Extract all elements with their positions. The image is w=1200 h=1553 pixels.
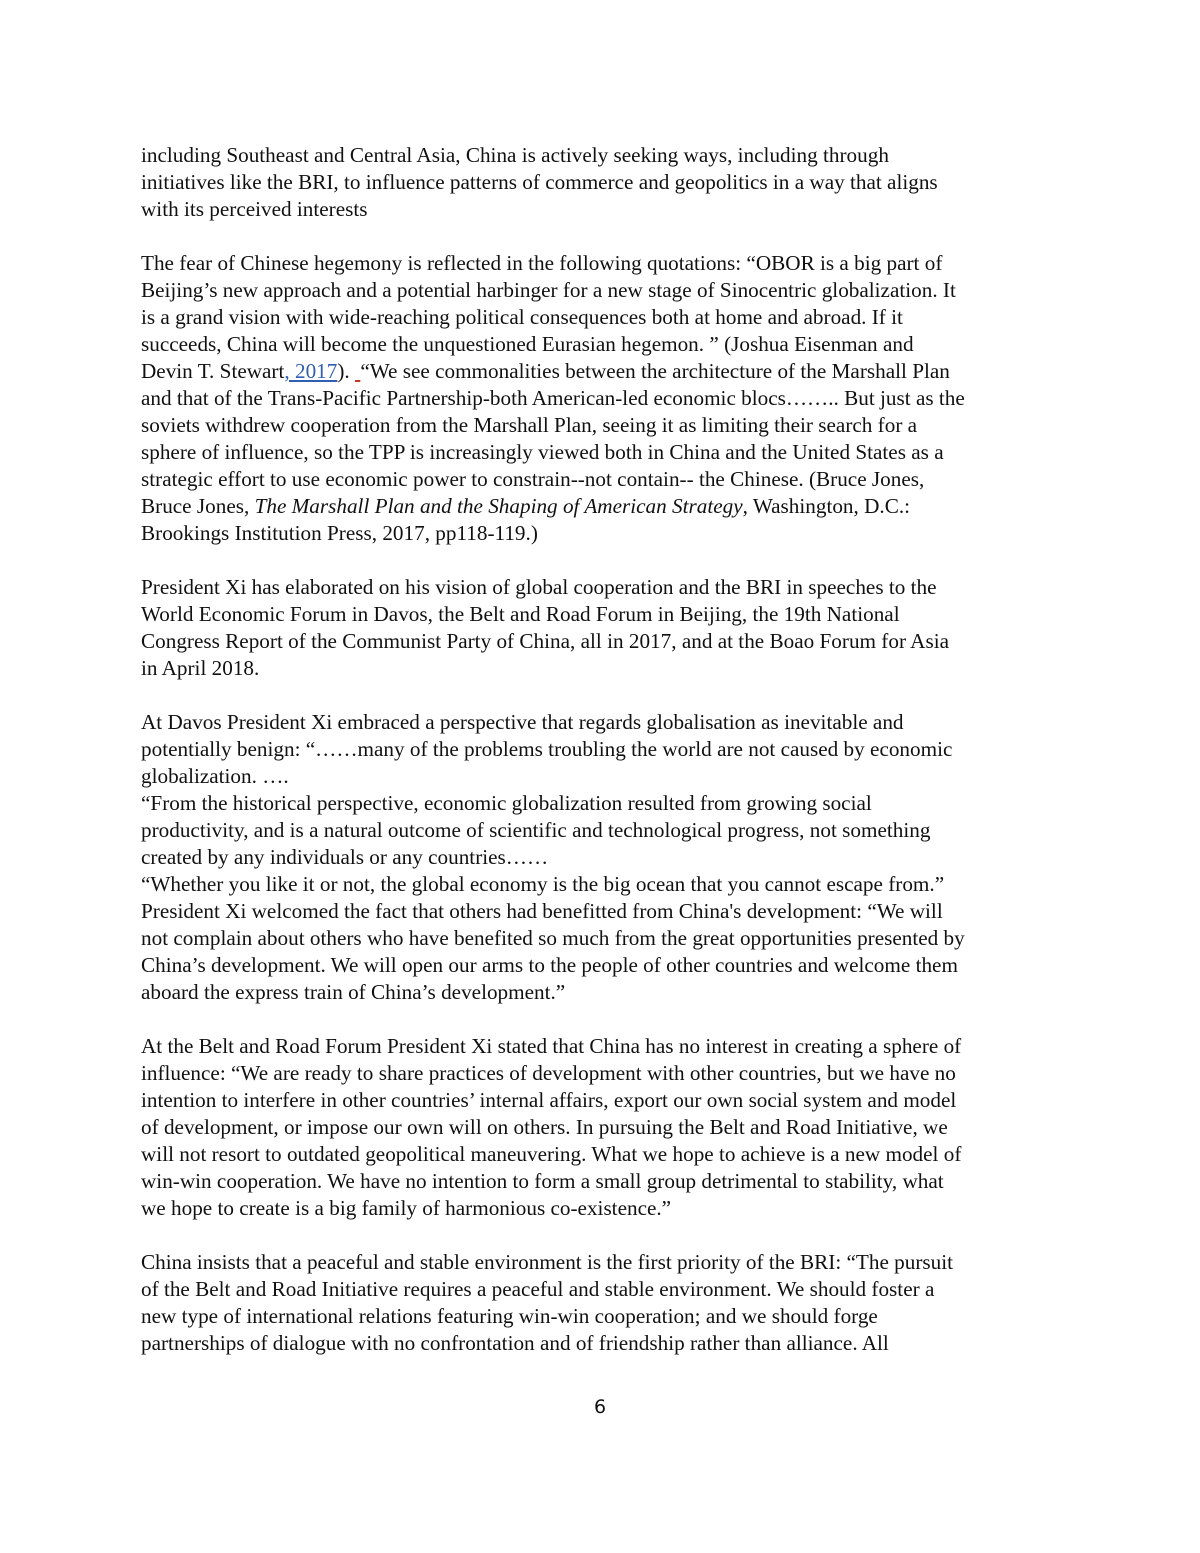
book-publisher-location: , Washington, D.C.: (743, 494, 910, 518)
text-line: strategic effort to use economic power t… (141, 466, 1071, 493)
paragraph-1: including Southeast and Central Asia, Ch… (141, 142, 1071, 223)
text-line: not complain about others who have benef… (141, 925, 1071, 952)
quote-start: “We see commonalities between the archit… (360, 359, 950, 383)
text-line: is a grand vision with wide-reaching pol… (141, 304, 1071, 331)
document-body: including Southeast and Central Asia, Ch… (141, 142, 1071, 1384)
citation-author: Devin T. Stewart (141, 359, 284, 383)
paragraph-4: At Davos President Xi embraced a perspec… (141, 709, 1071, 1006)
text-line: Congress Report of the Communist Party o… (141, 628, 1071, 655)
text-line: At the Belt and Road Forum President Xi … (141, 1033, 1071, 1060)
text-line: aboard the express train of China’s deve… (141, 979, 1071, 1006)
book-author: Bruce Jones, (141, 494, 255, 518)
text-line: sphere of influence, so the TPP is incre… (141, 439, 1071, 466)
text-line: China insists that a peaceful and stable… (141, 1249, 1071, 1276)
citation-close: ). (337, 359, 349, 383)
paragraph-6: China insists that a peaceful and stable… (141, 1249, 1071, 1357)
paragraph-5: At the Belt and Road Forum President Xi … (141, 1033, 1071, 1222)
book-title: The Marshall Plan and the Shaping of Ame… (255, 494, 743, 518)
text-line: of development, or impose our own will o… (141, 1114, 1071, 1141)
text-line: including Southeast and Central Asia, Ch… (141, 142, 1071, 169)
text-line: new type of international relations feat… (141, 1303, 1071, 1330)
text-line: President Xi welcomed the fact that othe… (141, 898, 1071, 925)
text-line: influence: “We are ready to share practi… (141, 1060, 1071, 1087)
text-line: win-win cooperation. We have no intentio… (141, 1168, 1071, 1195)
text-line: with its perceived interests (141, 196, 1071, 223)
text-line: will not resort to outdated geopolitical… (141, 1141, 1071, 1168)
text-line: “Whether you like it or not, the global … (141, 871, 1071, 898)
text-line: The fear of Chinese hegemony is reflecte… (141, 250, 1071, 277)
text-line: and that of the Trans-Pacific Partnershi… (141, 385, 1071, 412)
text-line: partnerships of dialogue with no confron… (141, 1330, 1071, 1357)
text-line: Brookings Institution Press, 2017, pp118… (141, 520, 1071, 547)
paragraph-3: President Xi has elaborated on his visio… (141, 574, 1071, 682)
citation-line: Devin T. Stewart, 2017). “We see commona… (141, 358, 1071, 385)
citation-link[interactable]: , 2017 (284, 359, 337, 383)
text-line: we hope to create is a big family of har… (141, 1195, 1071, 1222)
document-page: including Southeast and Central Asia, Ch… (0, 0, 1200, 1553)
page-number: 6 (0, 1396, 1200, 1418)
text-line: President Xi has elaborated on his visio… (141, 574, 1071, 601)
text-line: intention to interfere in other countrie… (141, 1087, 1071, 1114)
text-line: At Davos President Xi embraced a perspec… (141, 709, 1071, 736)
text-line: of the Belt and Road Initiative requires… (141, 1276, 1071, 1303)
text-line: in April 2018. (141, 655, 1071, 682)
text-line: World Economic Forum in Davos, the Belt … (141, 601, 1071, 628)
text-line: Beijing’s new approach and a potential h… (141, 277, 1071, 304)
text-line: “From the historical perspective, econom… (141, 790, 1071, 817)
text-line: soviets withdrew cooperation from the Ma… (141, 412, 1071, 439)
text-line: created by any individuals or any countr… (141, 844, 1071, 871)
text-line: potentially benign: “……many of the probl… (141, 736, 1071, 763)
text-line: succeeds, China will become the unquesti… (141, 331, 1071, 358)
text-line: productivity, and is a natural outcome o… (141, 817, 1071, 844)
text-line: globalization. …. (141, 763, 1071, 790)
paragraph-2: The fear of Chinese hegemony is reflecte… (141, 250, 1071, 547)
book-citation-line: Bruce Jones, The Marshall Plan and the S… (141, 493, 1071, 520)
text-line: China’s development. We will open our ar… (141, 952, 1071, 979)
text-line: initiatives like the BRI, to influence p… (141, 169, 1071, 196)
